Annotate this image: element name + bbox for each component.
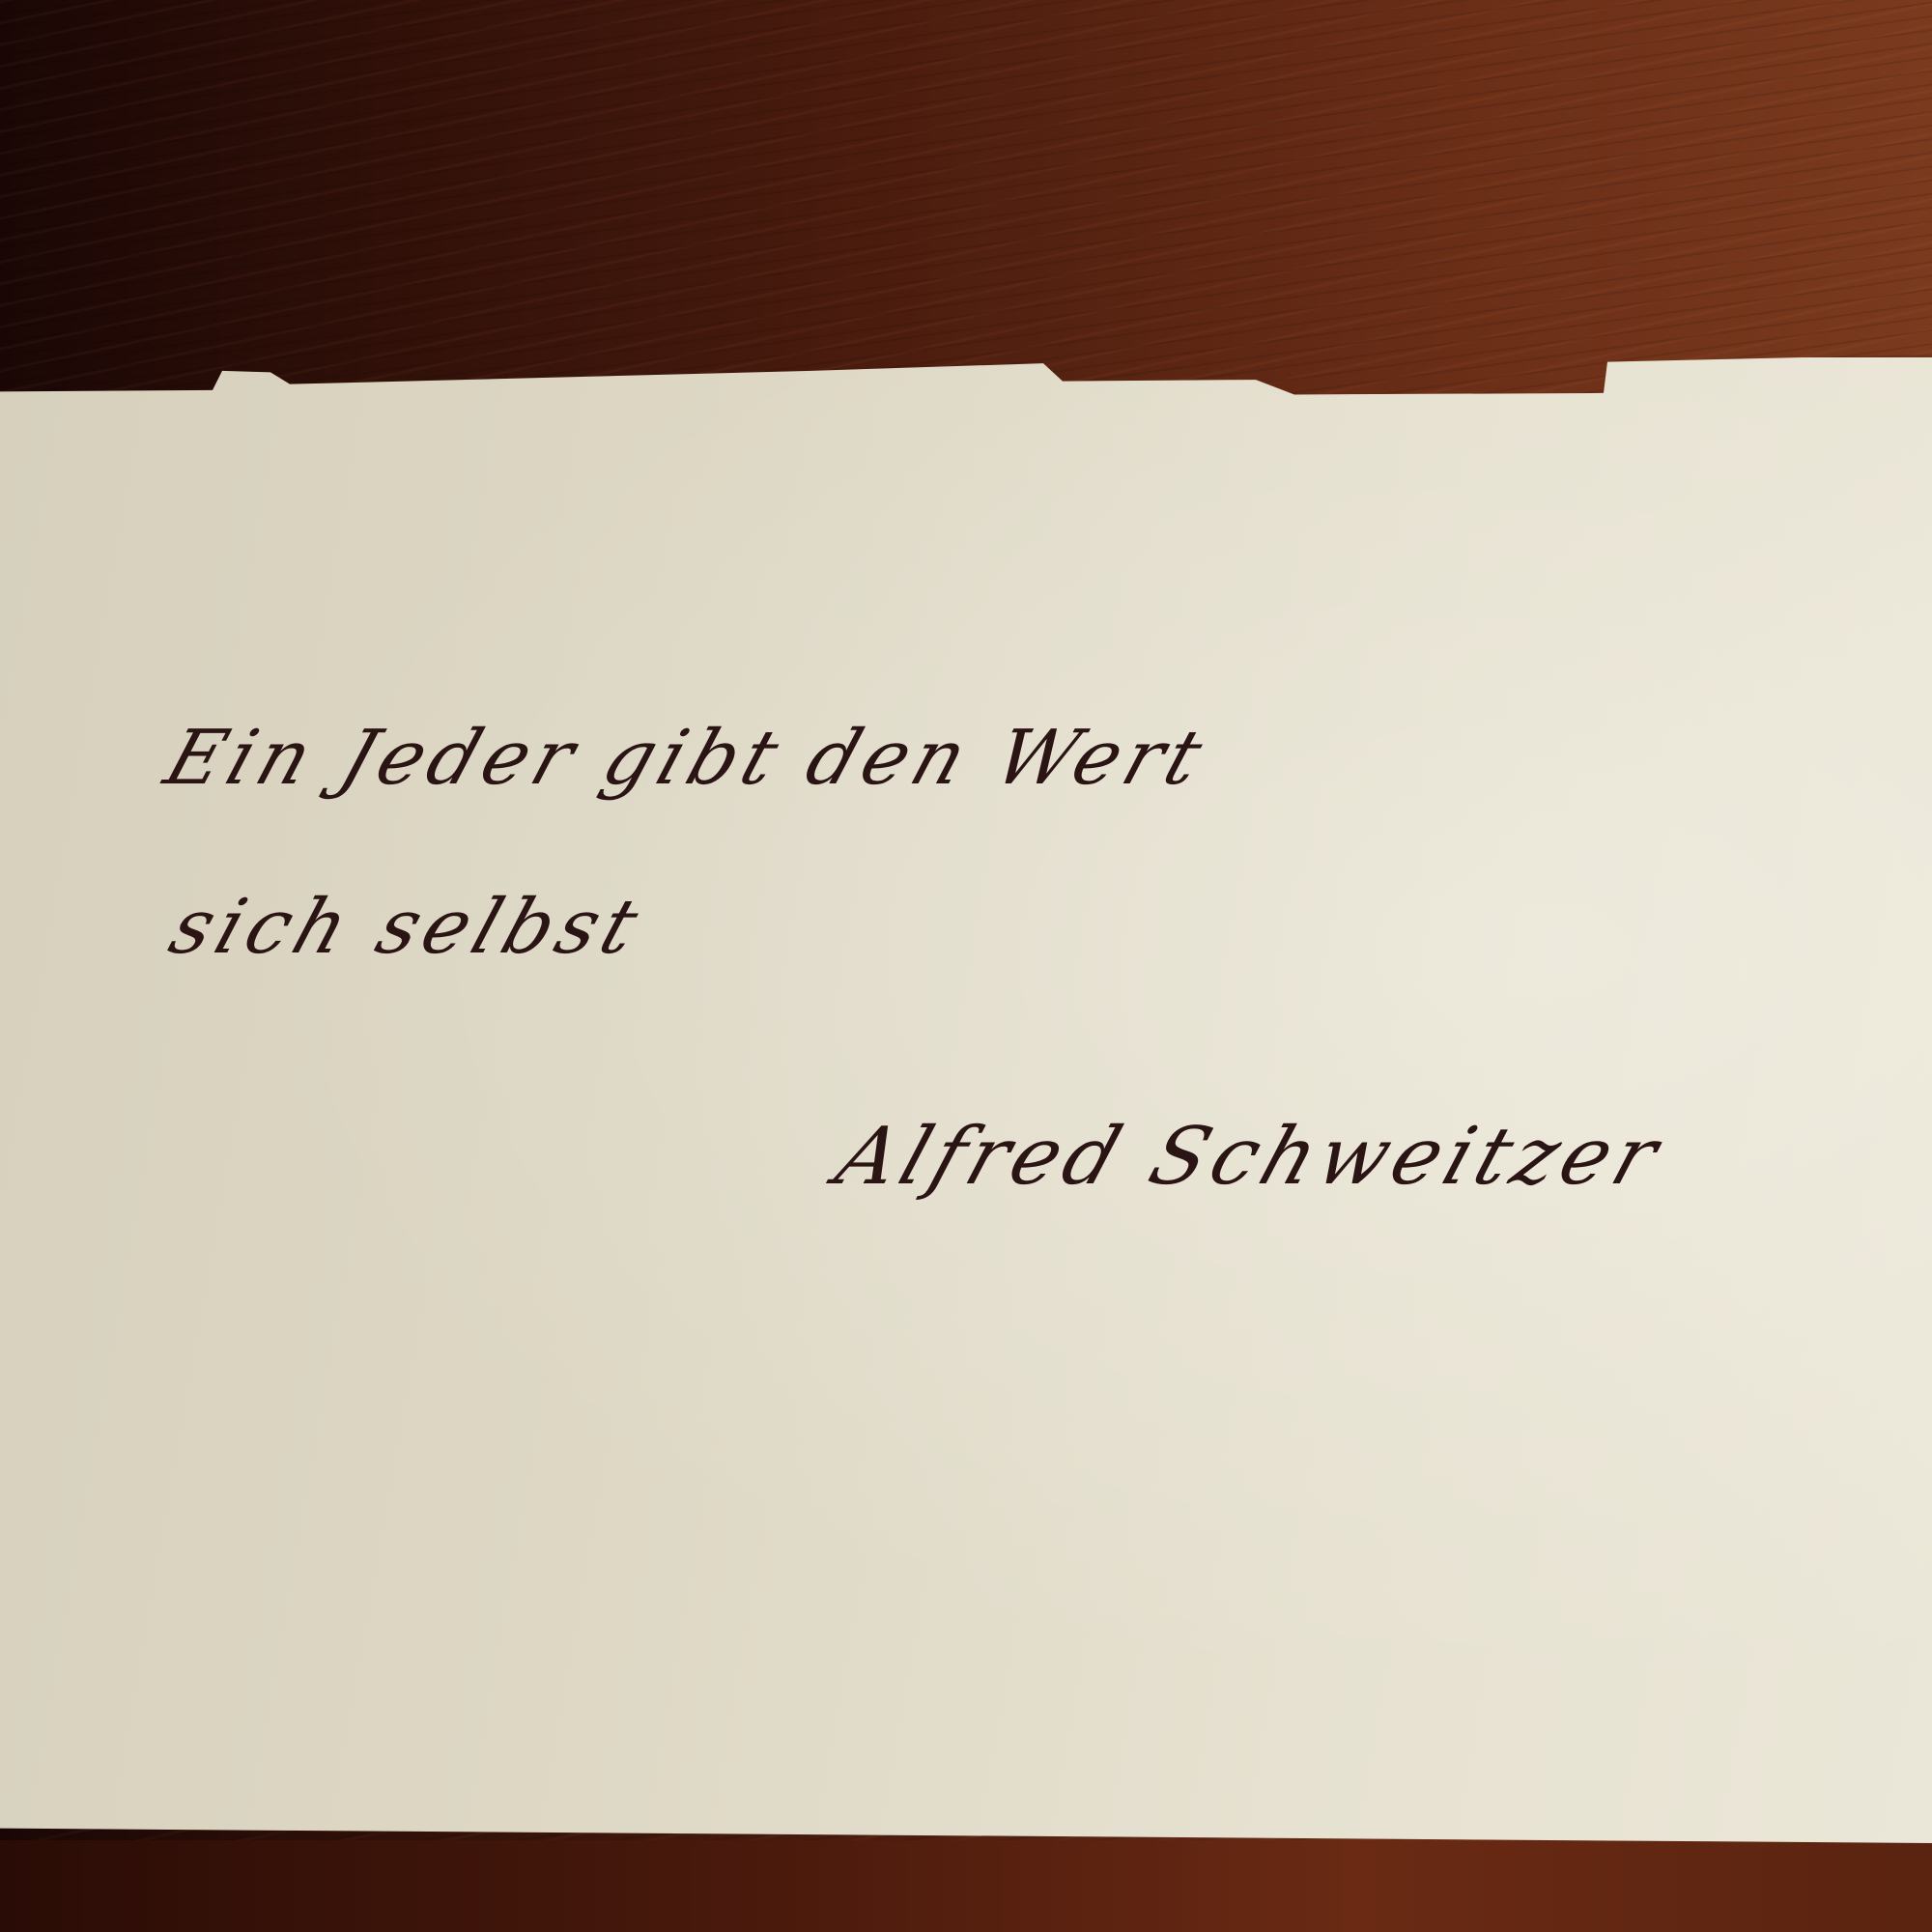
handwritten-line-2: sich selbst <box>159 884 653 971</box>
paper-card <box>0 357 1932 1843</box>
handwritten-line-1: Ein Jeder gibt den Wert <box>155 715 1217 802</box>
wooden-table-edge <box>0 1840 1932 1932</box>
signature: Alfred Schweitzer <box>826 1111 1675 1203</box>
